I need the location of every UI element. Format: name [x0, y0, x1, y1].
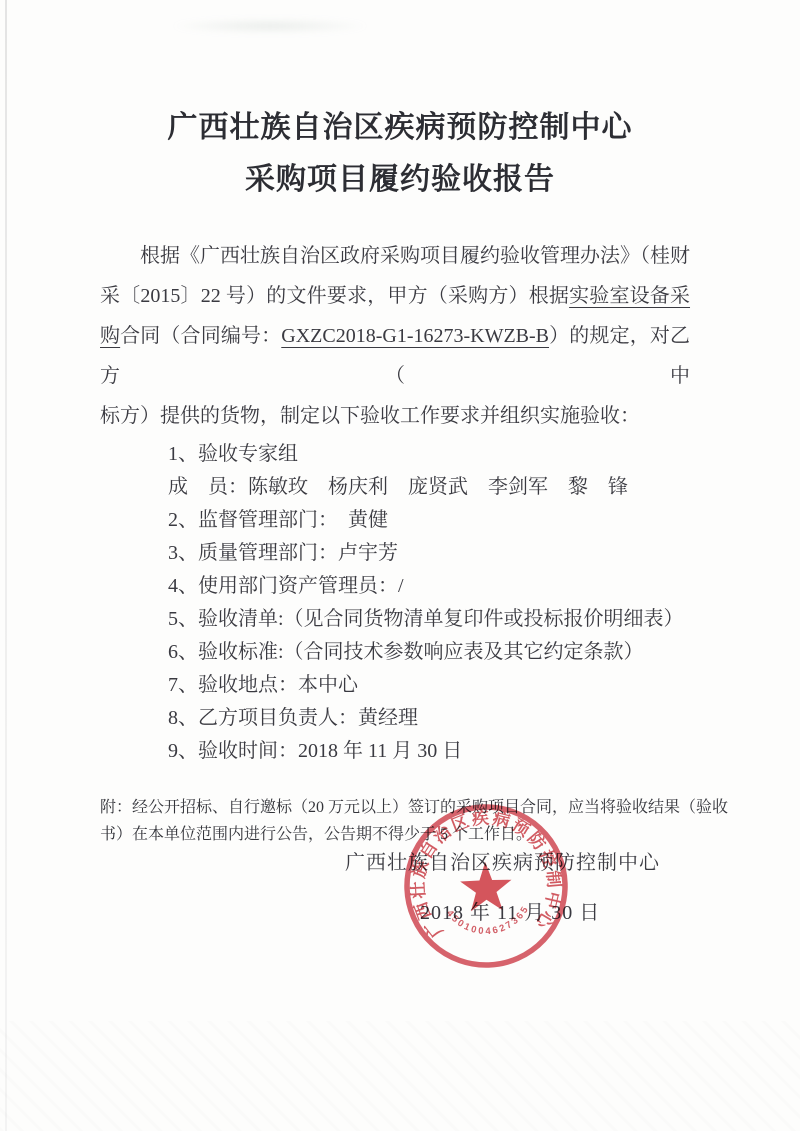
underlined-contract-name: 购 [100, 325, 120, 347]
intro-line-3: 购合同（合同编号：GXZC2018-G1-16273-KWZB-B）的规定，对乙… [100, 316, 690, 396]
list-item-party-b-manager: 8、乙方项目负责人：黄经理 [168, 702, 800, 735]
scan-edge-artifact [5, 0, 7, 1131]
list-item-acceptance-date: 9、验收时间：2018 年 11 月 30 日 [168, 735, 800, 768]
intro-line-1: 根据《广西壮族自治区政府采购项目履约验收管理办法》（桂财 [100, 236, 690, 276]
intro-text: 采〔2015〕22 号）的文件要求，甲方（采购方）根据 [100, 285, 569, 307]
acceptance-list: 1、验收专家组 成 员：陈敏玫 杨庆利 庞贤武 李剑军 黎 锋 2、监督管理部门… [168, 438, 800, 768]
scan-smudge-artifact [170, 18, 370, 34]
intro-paragraph: 根据《广西壮族自治区政府采购项目履约验收管理办法》（桂财 采〔2015〕22 号… [100, 236, 690, 436]
scan-bottom-texture-artifact [0, 1021, 800, 1131]
note-line-1: 附：经公开招标、自行邀标（20 万元以上）签订的采购项目合同，应当将验收结果（验… [100, 794, 690, 821]
list-item-acceptance-checklist: 5、验收清单:（见合同货物清单复印件或投标报价明细表） [168, 603, 800, 636]
stamp-code-number: 4501004627365 [444, 903, 533, 939]
document-title: 广西壮族自治区疾病预防控制中心 采购项目履约验收报告 [0, 0, 800, 206]
intro-text: 标方）提供的货物，制定以下验收工作要求并组织实施验收： [100, 405, 640, 427]
list-item-supervision-dept: 2、监督管理部门： 黄健 [168, 504, 800, 537]
underlined-contract-number: GXZC2018-G1-16273-KWZB-B [281, 325, 549, 347]
intro-text: 合同（合同编号： [120, 325, 281, 347]
list-item-acceptance-standard: 6、验收标准:（合同技术参数响应表及其它约定条款） [168, 636, 800, 669]
intro-line-4: 标方）提供的货物，制定以下验收工作要求并组织实施验收： [100, 396, 690, 436]
intro-line-2: 采〔2015〕22 号）的文件要求，甲方（采购方）根据实验室设备采 [100, 276, 690, 316]
list-item-expert-group: 1、验收专家组 [168, 438, 800, 471]
title-line-1: 广西壮族自治区疾病预防控制中心 [0, 102, 800, 154]
underlined-contract-name: 实验室设备采 [569, 285, 690, 307]
star-icon [459, 861, 512, 912]
svg-text:4501004627365: 4501004627365 [444, 903, 533, 939]
attachment-note: 附：经公开招标、自行邀标（20 万元以上）签订的采购项目合同，应当将验收结果（验… [100, 794, 690, 848]
intro-text: 根据《广西壮族自治区政府采购项目履约验收管理办法》（桂财 [140, 245, 690, 267]
note-line-2: 书）在本单位范围内进行公告，公告期不得少于 5 个工作日。 [100, 821, 690, 848]
list-item-asset-manager: 4、使用部门资产管理员：/ [168, 570, 800, 603]
list-item-members: 成 员：陈敏玫 杨庆利 庞贤武 李剑军 黎 锋 [168, 471, 800, 504]
title-line-2: 采购项目履约验收报告 [0, 154, 800, 206]
official-stamp-seal: 广西壮族自治区疾病预防控制中心 4501004627365 [397, 797, 575, 975]
list-item-quality-dept: 3、质量管理部门：卢宇芳 [168, 537, 800, 570]
list-item-acceptance-location: 7、验收地点：本中心 [168, 669, 800, 702]
scanned-document-page: 广西壮族自治区疾病预防控制中心 采购项目履约验收报告 根据《广西壮族自治区政府采… [0, 0, 800, 1131]
